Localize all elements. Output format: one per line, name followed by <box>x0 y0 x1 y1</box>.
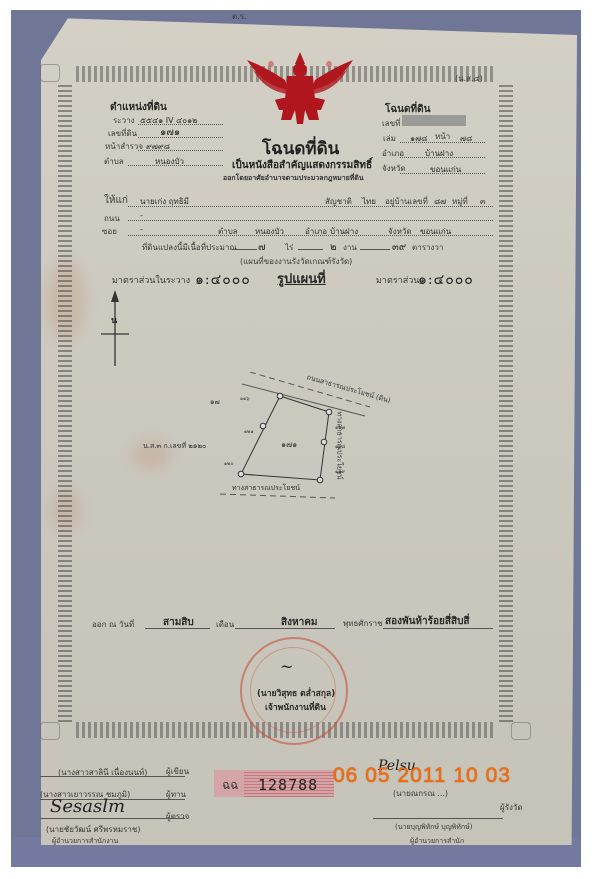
document-subtitle: เป็นหนังสือสำคัญแสดงกรรมสิทธิ์ <box>232 158 372 173</box>
road-value: - <box>140 211 143 220</box>
signatory-name: (นายณกรณ ...) <box>393 787 448 800</box>
area-label: ที่ดินแปลงนี้มีเนื้อที่ประมาณ <box>142 241 237 254</box>
signatory-role: ผู้ตรวจ <box>166 810 189 823</box>
tambon-value: หนองบัว <box>255 225 284 238</box>
map-road-bottom-label: ทางสาธารณประโยชน์ <box>232 483 300 494</box>
map-marker: ๑๑๖ <box>240 395 250 403</box>
map-marker: ๑๑๘ <box>335 443 345 451</box>
redacted-deed-number <box>402 115 466 126</box>
province-label: จังหวัด <box>388 225 412 238</box>
field-value-amphoe: บ้านฝาง <box>425 147 453 160</box>
area-rai-label: ไร่ <box>285 241 293 254</box>
inspector-signature: Sesaslm <box>50 796 125 817</box>
road-label: ถนน <box>104 212 120 225</box>
border-right <box>499 82 513 722</box>
area-wa-value: ๓๙ <box>392 240 406 255</box>
scale2-label: มาตราส่วน <box>376 273 419 287</box>
map-marker: ๑๒๐ <box>224 460 234 468</box>
issue-year: สองพันห้าร้อยสี่สิบสี่ <box>385 614 470 629</box>
signatory-name: (นางสาวสาลินี เนื่องนนท์) <box>58 766 147 779</box>
field-value-survey-page: ๙๗๙๘ <box>146 140 170 153</box>
owner-label: ให้แก่ <box>104 193 128 208</box>
area-ngan-value: ๒ <box>330 240 337 255</box>
scale-value: ๑:๔๐๐๐ <box>195 269 251 291</box>
serial-prefix: ฉฉ <box>222 776 238 795</box>
area-ngan-label: งาน <box>343 241 357 254</box>
garuda-emblem-icon <box>245 50 355 125</box>
map-heading: รูปแผนที่ <box>277 268 326 289</box>
top-small-mark: ต.ร. <box>232 10 247 23</box>
field-label-tambon: ตำบล <box>104 155 124 168</box>
map-parcel-number: ๑๗๑ <box>281 438 297 451</box>
field-value-province: ขอนแก่น <box>430 163 461 176</box>
official-name: (นายวิสุทธ ตล่ำสกุล) <box>257 686 335 700</box>
map-marker: ๑๑๙ <box>335 468 345 476</box>
page-marker: (น.ส.๔) <box>455 72 483 85</box>
signatory-role: ผู้อำนวยการสำนัก <box>410 836 464 847</box>
issue-date-prefix: ออก ณ วันที่ <box>92 618 134 631</box>
north-label: น <box>111 313 117 327</box>
border-left <box>58 82 72 722</box>
tambon-label: ตำบล <box>218 225 238 238</box>
field-value-volume: ๑๗๘ <box>410 132 427 145</box>
signatory-role: ผู้รังวัด <box>500 801 523 814</box>
map-marker: ๑๑๗ <box>335 424 345 432</box>
area-wa-label: ตารางวา <box>412 241 443 254</box>
official-title: เจ้าพนักงานที่ดิน <box>265 700 326 714</box>
corner-ornament <box>511 722 531 740</box>
location-heading: ตำแหน่งที่ดิน <box>110 100 167 115</box>
scale-label: มาตราส่วนในระวาง <box>112 273 190 287</box>
province-value: ขอนแก่น <box>420 225 451 238</box>
signatory-name: (นายบุญพิทักษ์ บุญพิทักษ์) <box>395 822 472 833</box>
soi-label: ซอย <box>102 225 117 238</box>
field-label-amphoe: อำเภอ <box>382 147 404 160</box>
signatory-name: ผู้อำนวยการสำนักงาน <box>52 836 118 847</box>
field-label-volume: เล่ม <box>383 132 396 145</box>
field-label-survey-page: หน้าสำรวจ <box>105 140 143 153</box>
camera-timestamp: 06 05 2011 10 03 <box>333 764 511 788</box>
area-note: (แผนที่ของงานรังวัดเกณฑ์รังวัด) <box>240 255 352 268</box>
issue-year-label: พุทธศักราช <box>343 617 383 630</box>
signatory-name: (นายชัยวัฒน์ ศรีพรหมราช) <box>46 823 140 836</box>
map-neighbor-north: ๑๗ <box>210 397 220 408</box>
field-value-tambon: หนองบัว <box>155 155 184 168</box>
amphoe-value: บ้านฝาง <box>330 225 358 238</box>
issue-month-label: เดือน <box>216 618 234 631</box>
soi-value: - <box>140 225 143 234</box>
field-label-deed-no: เลขที่ <box>382 117 400 130</box>
serial-number: 128788 <box>258 776 318 794</box>
document-subtitle-2: ออกโดยอาศัยอำนาจตามประมวลกฎหมายที่ดิน <box>223 173 364 184</box>
scale2-value: ๑:๔๐๐๐ <box>418 269 474 291</box>
official-signature: ~ <box>280 657 293 676</box>
area-rai-value: ๗ <box>258 240 266 255</box>
field-label-rawang: ระวาง <box>113 114 134 127</box>
field-label-land-no: เลขที่ดิน <box>108 127 137 140</box>
corner-ornament <box>40 64 60 82</box>
field-value-page: ๗๘ <box>460 132 472 145</box>
map-marker: ๑๒๑ <box>244 428 254 436</box>
corner-ornament <box>40 722 60 740</box>
amphoe-label: อำเภอ <box>305 225 327 238</box>
north-arrow-icon <box>98 288 132 368</box>
map-neighbor-label: น.ส.๓ ก.เลขที่ ๒๑๒๐ <box>143 441 206 452</box>
